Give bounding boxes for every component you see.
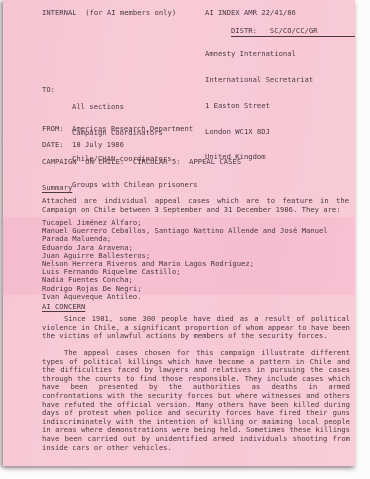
- concern-paragraph-1: Since 1981, some 300 people have died as…: [42, 315, 350, 341]
- date-label: DATE:: [42, 141, 64, 150]
- from-value: Americas Research Department: [72, 125, 193, 134]
- pink-memo-paper: INTERNAL (for AI members only) AI INDEX …: [3, 0, 355, 466]
- org-name: Amnesty International: [205, 50, 313, 59]
- ai-index-reference: AI INDEX AMR 22/41/86: [205, 9, 296, 18]
- summary-heading: Summary: [42, 184, 72, 193]
- scanned-document: INTERNAL (for AI members only) AI INDEX …: [0, 0, 370, 479]
- recipient-item: Groups with Chilean prisoners: [72, 181, 198, 190]
- org-street: 1 Easton Street: [205, 102, 313, 111]
- org-city: London WC1X 8DJ: [205, 128, 313, 137]
- appeal-case-name-list: Tucapel Jiménez Alfaro; Manuel Guerrero …: [42, 219, 352, 301]
- case-name: Ivan Aqueveque Antileo.: [42, 293, 352, 301]
- to-label: TO:: [42, 86, 55, 95]
- concern-paragraph-2: The appeal cases chosen for this campaig…: [42, 349, 350, 452]
- org-secretariat: International Secretariat: [205, 76, 313, 85]
- date-value: 18 July 1986: [72, 141, 124, 150]
- recipient-item: All sections: [72, 103, 198, 112]
- subject-line: CAMPAIGN ON CHILE: CIRCULAR 5: APPEAL CA…: [42, 158, 241, 167]
- classification-label: INTERNAL (for AI members only): [42, 9, 176, 18]
- ai-concern-heading: AI CONCERN: [42, 303, 85, 312]
- case-name: Manuel Guerrero Ceballos, Santiago Natti…: [42, 227, 352, 243]
- from-label: FROM:: [42, 125, 64, 134]
- summary-intro: Attached are individual appeal cases whi…: [42, 197, 349, 214]
